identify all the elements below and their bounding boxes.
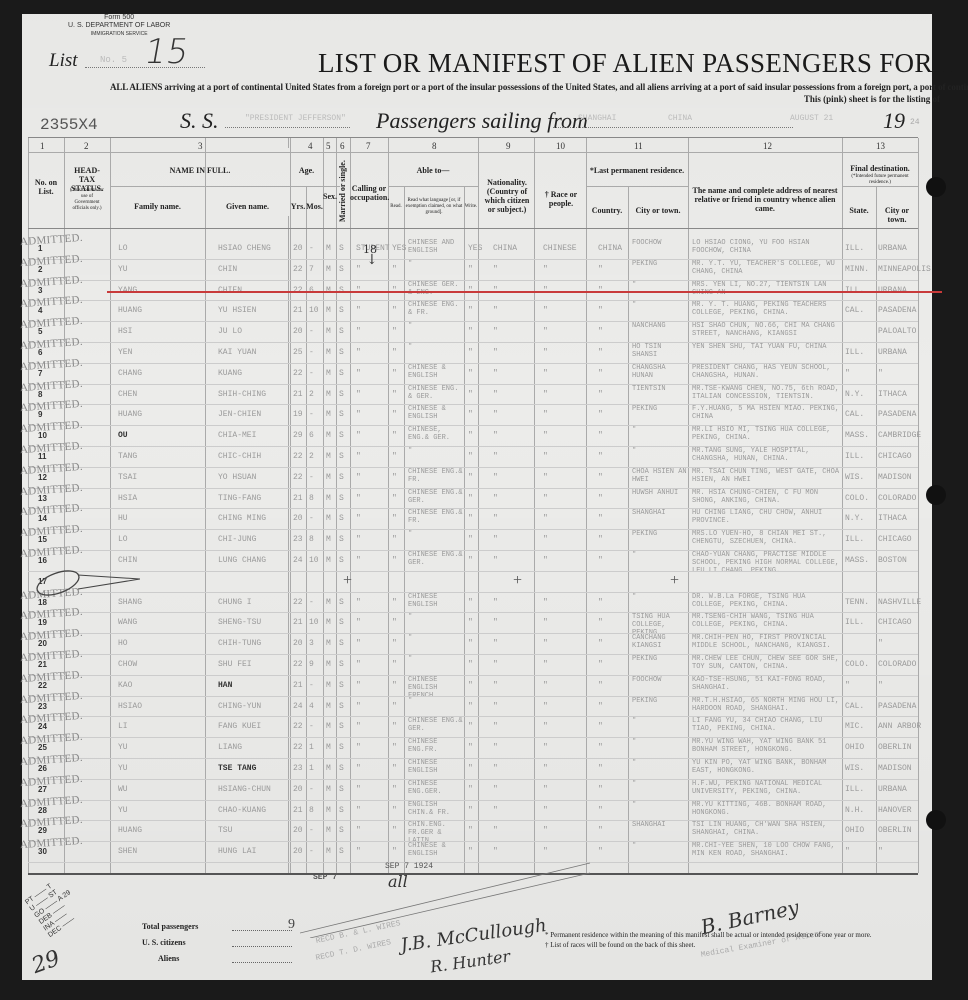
cell-sex: M <box>326 327 331 336</box>
cell-dest: MINNEAPOLIS <box>878 265 931 274</box>
cell-country: " <box>598 598 603 607</box>
cell-given: CHIN <box>218 265 237 274</box>
table-row: 16ADMITTED.CHINLUNG CHANG2410MS""CHINESE… <box>28 550 918 569</box>
cell-dest: COLORADO <box>878 660 916 669</box>
table-row: 24ADMITTED.LIFANG KUEI22-MS""CHINESE ENG… <box>28 716 918 735</box>
table-row: 6ADMITTED.YENKAI YUAN25-MS"""""""HO TSIN… <box>28 342 918 361</box>
cell-nation: " <box>493 702 498 711</box>
cell-given: SHU FEI <box>218 660 252 669</box>
table-row: 26ADMITTED.YUTSE TANG231MS""CHINESE ENGL… <box>28 758 918 777</box>
cell-dest: BOSTON <box>878 556 907 565</box>
table-row: 23ADMITTED.HSIAOCHING-YUN244MS"""""""PEK… <box>28 696 918 715</box>
head-tax-status-stamp: ADMITTED. <box>20 294 84 310</box>
cell-country: CHINA <box>598 244 622 253</box>
cell-relative: MR.CHIH-PEN HO, FIRST PROVINCIAL MIDDLE … <box>692 634 842 650</box>
col-num-7: 7 <box>366 141 371 151</box>
cell-write: " <box>468 369 473 378</box>
cell-city: PEKING <box>632 697 688 705</box>
cell-yrs: 21 <box>293 806 303 815</box>
cell-country: " <box>598 639 603 648</box>
cell-relative: MR.TSENG-CHIH WANG, TSING HUA COLLEGE, P… <box>692 613 842 629</box>
head-tax-status-stamp: ADMITTED. <box>20 232 84 248</box>
cell-given: CHAO-KUANG <box>218 806 266 815</box>
cell-write: " <box>468 556 473 565</box>
cell-write: " <box>468 452 473 461</box>
cell-calling: " <box>356 764 361 773</box>
cell-read: " <box>392 452 397 461</box>
cell-sex: M <box>326 514 331 523</box>
cell-family: LI <box>118 722 128 731</box>
header-race: † Race or people. <box>536 190 586 208</box>
table-row: 15ADMITTED.LOCHI-JUNG238MS"""""""PEKINGM… <box>28 529 918 548</box>
cell-calling: " <box>356 660 361 669</box>
cell-family: CHEN <box>118 390 137 399</box>
cell-country: " <box>598 369 603 378</box>
cell-dest: " <box>878 681 883 690</box>
cell-sex: M <box>326 244 331 253</box>
cell-city: SHANGHAI <box>632 509 688 517</box>
cell-city: PEKING <box>632 405 688 413</box>
cell-family: CHIN <box>118 556 137 565</box>
cell-country: " <box>598 348 603 357</box>
cell-family: HUANG <box>118 410 142 419</box>
cell-race: " <box>543 473 548 482</box>
cell-calling: " <box>356 452 361 461</box>
cell-race: " <box>543 639 548 648</box>
cell-city: CHANGSHA HUNAN <box>632 364 688 380</box>
cell-dest: HANOVER <box>878 806 912 815</box>
cell-family: OU <box>118 431 128 440</box>
cell-calling: " <box>356 847 361 856</box>
table-row: 4ADMITTED.HUANGYU HSIEN2110MS""CHINESE E… <box>28 300 918 319</box>
cell-state: CAL. <box>845 306 864 315</box>
cell-read: " <box>392 743 397 752</box>
cell-sex: M <box>326 390 331 399</box>
header-calling: Calling or occupation. <box>350 184 388 202</box>
cell-given: HUNG LAI <box>218 847 256 856</box>
cell-race: " <box>543 556 548 565</box>
cell-mos: - <box>309 847 314 856</box>
cell-calling: " <box>356 431 361 440</box>
ss-label: S. S. <box>180 108 219 134</box>
cell-country: " <box>598 452 603 461</box>
cell-lang: CHINESE ENGLISH <box>408 759 464 775</box>
list-handwritten-number: 15 <box>141 32 191 72</box>
cell-sex: M <box>326 722 331 731</box>
cell-race: " <box>543 535 548 544</box>
cell-relative: KAO-TSE-HSUNG, 51 KAI-FONG ROAD, SHANGHA… <box>692 676 842 692</box>
cell-state: ILL. <box>845 452 864 461</box>
cell-yrs: 24 <box>293 702 303 711</box>
certificate-number: 2355X4 <box>40 116 98 134</box>
cell-state: MASS. <box>845 556 869 565</box>
cell-nation: " <box>493 847 498 856</box>
cross-mark-icon: + <box>343 572 352 590</box>
cell-country: " <box>598 806 603 815</box>
footnote-races: † List of races will be found on the bac… <box>545 941 695 949</box>
cell-country: " <box>598 327 603 336</box>
cell-read: " <box>392 514 397 523</box>
cell-ms: S <box>339 348 344 357</box>
cell-mos: 8 <box>309 535 314 544</box>
list-typed-number: No. 5 <box>100 55 127 65</box>
page-title: LIST OR MANIFEST OF ALIEN PASSENGERS FOR… <box>318 48 968 79</box>
cell-race: " <box>543 494 548 503</box>
cell-write: " <box>468 826 473 835</box>
cell-dest: " <box>878 639 883 648</box>
cell-dest: ANN ARBOR <box>878 722 921 731</box>
cell-write: " <box>468 327 473 336</box>
cell-family: WANG <box>118 618 137 627</box>
cell-relative: MR.TANG SUNG, YALE HOSPITAL, CHANGSHA, H… <box>692 447 842 463</box>
cell-relative: DR. W.B.La FORGE, TSING HUA COLLEGE, PEK… <box>692 593 842 609</box>
cell-ms: S <box>339 514 344 523</box>
cell-mos: - <box>309 369 314 378</box>
table-row: 2ADMITTED.YUCHIN227MS"""""""PEKINGMR. Y.… <box>28 259 918 278</box>
cell-nation: " <box>493 306 498 315</box>
cell-mos: 6 <box>309 431 314 440</box>
cell-write: " <box>468 410 473 419</box>
cell-lang: CHINESE AND ENGLISH <box>408 239 464 255</box>
cell-mos: 4 <box>309 702 314 711</box>
cell-family: TSAI <box>118 473 137 482</box>
cell-race: " <box>543 369 548 378</box>
cell-lang: CHINESE & ENGLISH <box>408 842 464 858</box>
cell-relative: MR.YU WING WAH, YAT WING BANK 51 BONHAM … <box>692 738 842 754</box>
cell-city: NANCHANG <box>632 322 688 330</box>
cell-city: " <box>632 717 688 725</box>
cell-city: " <box>632 551 688 559</box>
page-subtitle: ALL ALIENS arriving at a port of contine… <box>110 82 968 92</box>
cell-city: FOOCHOW <box>632 239 688 247</box>
cell-yrs: 20 <box>293 514 303 523</box>
cell-ms: S <box>339 806 344 815</box>
total-passengers-label: Total passengers <box>142 922 198 931</box>
cell-country: " <box>598 681 603 690</box>
cell-sex: M <box>326 306 331 315</box>
head-tax-status-stamp: ADMITTED. <box>20 502 84 518</box>
cell-country: " <box>598 535 603 544</box>
cell-relative: MR.YU KITTING, 46B. BONHAM ROAD, HONGKON… <box>692 801 842 817</box>
cell-mos: - <box>309 785 314 794</box>
cell-given: KAI YUAN <box>218 348 256 357</box>
cell-mos: - <box>309 348 314 357</box>
cell-race: " <box>543 410 548 419</box>
cell-sex: M <box>326 743 331 752</box>
cell-yrs: 20 <box>293 244 303 253</box>
col-num-6: 6 <box>340 141 345 151</box>
cell-mos: 2 <box>309 452 314 461</box>
cell-state: N.Y. <box>845 514 864 523</box>
cell-relative: TSI LIN HUANG, CH'WAN SHA HSIEN, SHANGHA… <box>692 821 842 837</box>
port-underline <box>553 127 793 128</box>
manifest-table: 1 2 3 4 5 6 7 8 9 10 11 12 13 No. on Lis… <box>28 137 918 875</box>
cell-calling: " <box>356 306 361 315</box>
cell-city: " <box>632 842 688 850</box>
table-row: 10ADMITTED.OUCHIA-MEI296MS""CHINESE, ENG… <box>28 425 918 444</box>
cell-lang: CHINESE, ENG.& GER. <box>408 426 464 442</box>
cross-mark-icon: + <box>670 572 679 590</box>
cell-ms: S <box>339 452 344 461</box>
cell-mos: - <box>309 722 314 731</box>
cell-read: " <box>392 660 397 669</box>
down-arrow-icon: ↓ <box>366 252 378 268</box>
total-passengers-line <box>232 930 292 931</box>
cell-mos: - <box>309 410 314 419</box>
cell-sex: M <box>326 785 331 794</box>
cell-ms: S <box>339 598 344 607</box>
cell-write: " <box>468 722 473 731</box>
cell-calling: " <box>356 494 361 503</box>
cell-lang: " <box>408 530 464 538</box>
cell-given: CHING-YUN <box>218 702 261 711</box>
cell-lang: CHINESE ENGLISH <box>408 593 464 609</box>
cell-sex: M <box>326 473 331 482</box>
circle-annotation-icon <box>30 565 140 605</box>
cell-state: CAL. <box>845 702 864 711</box>
punch-hole <box>926 485 946 505</box>
cell-country: " <box>598 494 603 503</box>
cell-yrs: 22 <box>293 452 303 461</box>
cross-mark-icon: + <box>513 572 522 590</box>
cell-mos: - <box>309 826 314 835</box>
cell-given: CHUNG I <box>218 598 252 607</box>
cell-given: YU HSIEN <box>218 306 256 315</box>
cell-yrs: 20 <box>293 327 303 336</box>
us-citizens-line <box>232 946 292 947</box>
header-relative: The name and complete address of nearest… <box>692 186 838 213</box>
cell-write: " <box>468 514 473 523</box>
cell-city: TIENTSIN <box>632 385 688 393</box>
cell-mos: 8 <box>309 806 314 815</box>
table-row: 21ADMITTED.CHOWSHU FEI229MS"""""""PEKING… <box>28 654 918 673</box>
cell-ms: S <box>339 473 344 482</box>
cell-write: " <box>468 618 473 627</box>
cell-read: " <box>392 826 397 835</box>
cell-sex: M <box>326 494 331 503</box>
cell-mos: - <box>309 598 314 607</box>
cell-read: " <box>392 390 397 399</box>
table-row: 25ADMITTED.YULIANG221MS""CHINESE ENG.FR.… <box>28 737 918 756</box>
cell-mos: - <box>309 514 314 523</box>
cell-dest: URBANA <box>878 348 907 357</box>
cell-given: TSE TANG <box>218 764 256 773</box>
cell-ms: S <box>339 390 344 399</box>
cell-race: " <box>543 764 548 773</box>
cell-race: " <box>543 348 548 357</box>
cell-race: " <box>543 452 548 461</box>
cell-family: LO <box>118 535 128 544</box>
cell-yrs: 19 <box>293 410 303 419</box>
cell-nation: " <box>493 535 498 544</box>
sailing-label: Passengers sailing from <box>376 108 588 134</box>
table-row: 29ADMITTED.HUANGTSU20-MS""CHIN.ENG. FR.G… <box>28 820 918 839</box>
cell-nation: " <box>493 452 498 461</box>
cell-relative: MR.T.H.HSIAO, 65 NORTH MING HOU LI, HARD… <box>692 697 842 713</box>
cell-dest: PASADENA <box>878 702 916 711</box>
cell-read: " <box>392 681 397 690</box>
cell-relative: HSI SHAO CHUN, NO.66, CHI MA CHANG STREE… <box>692 322 842 338</box>
cell-nation: " <box>493 660 498 669</box>
department: U. S. DEPARTMENT OF LABOR <box>68 22 170 30</box>
cell-nation: " <box>493 410 498 419</box>
cell-mos: 1 <box>309 764 314 773</box>
cell-given: CHI-JUNG <box>218 535 256 544</box>
cell-state: CAL. <box>845 410 864 419</box>
cell-write: " <box>468 681 473 690</box>
cell-mos: - <box>309 473 314 482</box>
table-row: 8ADMITTED.CHENSHIH-CHING212MS""CHINESE E… <box>28 384 918 403</box>
header-write: Write. <box>464 204 478 210</box>
cell-nation: " <box>493 826 498 835</box>
cell-family: KAO <box>118 681 132 690</box>
col-num-8: 8 <box>432 141 437 151</box>
cell-given: YO HSUAN <box>218 473 256 482</box>
cell-write: " <box>468 743 473 752</box>
cell-city: HUWSH ANHUI <box>632 489 688 497</box>
cell-relative: MR.TSE-KWANG CHEN, NO.75, 6th ROAD, ITAL… <box>692 385 842 401</box>
sailing-date: AUGUST 21 <box>790 114 833 123</box>
cell-calling: " <box>356 390 361 399</box>
cell-lang: CHINESE ENG. & GER. <box>408 385 464 401</box>
cell-relative: YEN SHEN SHU, TAI YUAN FU, CHINA <box>692 343 842 351</box>
cell-relative: MR. TSAI CHUN TING, WEST GATE, CHOA HSIE… <box>692 468 842 484</box>
cell-ms: S <box>339 431 344 440</box>
header-city: City or town. <box>628 206 688 215</box>
cell-dest: PASADENA <box>878 410 916 419</box>
cell-relative: CHAO-YUAN CHANG, PRACTISE MIDDLE SCHOOL,… <box>692 551 842 571</box>
cell-sex: M <box>326 369 331 378</box>
cell-given: JU LO <box>218 327 242 336</box>
cell-nation: " <box>493 764 498 773</box>
cell-family: YU <box>118 743 128 752</box>
header-read-language: Read what language [or, if exemption cla… <box>405 198 463 216</box>
cell-city: " <box>632 759 688 767</box>
cell-mos: 3 <box>309 639 314 648</box>
cell-read: " <box>392 369 397 378</box>
cell-relative: MR.CHI-YEE SHEN, 10 LOO CHOW FANG, MIN K… <box>692 842 842 858</box>
cell-family: TANG <box>118 452 137 461</box>
cell-nation: " <box>493 618 498 627</box>
cell-state: N.Y. <box>845 390 864 399</box>
cell-write: " <box>468 306 473 315</box>
cell-write: " <box>468 702 473 711</box>
cell-calling: " <box>356 743 361 752</box>
cell-yrs: 24 <box>293 556 303 565</box>
cell-calling: " <box>356 598 361 607</box>
cell-nation: " <box>493 598 498 607</box>
cell-ms: S <box>339 702 344 711</box>
cell-read: YES <box>392 244 406 253</box>
cell-state: COLO. <box>845 494 869 503</box>
cell-yrs: 20 <box>293 785 303 794</box>
cell-nation: " <box>493 514 498 523</box>
cell-lang: CHINESE ENG.& FR. <box>408 468 464 484</box>
cell-city: PEKING <box>632 655 688 663</box>
cell-yrs: 22 <box>293 743 303 752</box>
cell-yrs: 22 <box>293 369 303 378</box>
cell-city: " <box>632 281 688 289</box>
cell-read: " <box>392 556 397 565</box>
cell-lang: CHINESE ENG. & FR. <box>408 301 464 317</box>
cell-race: " <box>543 743 548 752</box>
cell-mos: 2 <box>309 390 314 399</box>
cell-calling: " <box>356 535 361 544</box>
cell-yrs: 21 <box>293 618 303 627</box>
cell-lang: CHINESE ENG.GER. <box>408 780 464 796</box>
cell-yrs: 20 <box>293 847 303 856</box>
form-number: Form 500 <box>68 14 170 22</box>
cell-state: " <box>845 681 850 690</box>
cell-country: " <box>598 556 603 565</box>
cell-read: " <box>392 722 397 731</box>
cell-family: YEN <box>118 348 132 357</box>
diagonal-strikethrough-lines <box>300 858 600 938</box>
cell-sex: M <box>326 618 331 627</box>
cell-nation: " <box>493 369 498 378</box>
cell-city: " <box>632 426 688 434</box>
cell-given: LUNG CHANG <box>218 556 266 565</box>
cell-read: " <box>392 639 397 648</box>
cell-lang: CHINESE ENG.& GER. <box>408 489 464 505</box>
cell-state: ILL. <box>845 244 864 253</box>
cell-state: ILL. <box>845 535 864 544</box>
cell-given: KUANG <box>218 369 242 378</box>
table-row: 9ADMITTED.HUANGJEN-CHIEN19-MS""CHINESE &… <box>28 404 918 423</box>
cell-nation: " <box>493 722 498 731</box>
col-num-4: 4 <box>308 141 313 151</box>
cell-dest: CHICAGO <box>878 452 912 461</box>
cell-read: " <box>392 494 397 503</box>
cell-dest: COLORADO <box>878 494 916 503</box>
cell-write: " <box>468 847 473 856</box>
port-country: CHINA <box>668 114 692 123</box>
cell-country: " <box>598 514 603 523</box>
cell-read: " <box>392 806 397 815</box>
table-row: 17 <box>28 571 918 590</box>
cell-family: HUANG <box>118 826 142 835</box>
cell-write: " <box>468 764 473 773</box>
cell-write: " <box>468 660 473 669</box>
header-state: State. <box>842 206 876 215</box>
cell-country: " <box>598 660 603 669</box>
cell-state: " <box>845 369 850 378</box>
cell-mos: 10 <box>309 556 319 565</box>
cell-lang: CHINESE ENGLISH FRENCH <box>408 676 464 696</box>
cell-family: HU <box>118 514 128 523</box>
header-read: Read. <box>388 204 404 210</box>
cell-dest: URBANA <box>878 785 907 794</box>
cell-write: " <box>468 390 473 399</box>
cell-state: ILL. <box>845 618 864 627</box>
cell-ms: S <box>339 369 344 378</box>
cell-relative: YU KIN PO, YAT WING BANK, BONHAM EAST, H… <box>692 759 842 775</box>
cell-yrs: 29 <box>293 431 303 440</box>
cell-country: " <box>598 410 603 419</box>
cell-write: " <box>468 806 473 815</box>
cell-lang: " <box>408 697 464 705</box>
cell-sex: M <box>326 639 331 648</box>
cell-relative: HU CHING LIANG, CHU CHOW, ANHUI PROVINCE… <box>692 509 842 525</box>
table-row: 14ADMITTED.HUCHING MING20-MS""CHINESE EN… <box>28 508 918 527</box>
cell-ms: S <box>339 618 344 627</box>
cell-write: " <box>468 265 473 274</box>
cell-dest: PASADENA <box>878 306 916 315</box>
red-strikethrough-line <box>107 291 942 293</box>
cell-ms: S <box>339 722 344 731</box>
cell-nation: " <box>493 265 498 274</box>
cell-sex: M <box>326 806 331 815</box>
